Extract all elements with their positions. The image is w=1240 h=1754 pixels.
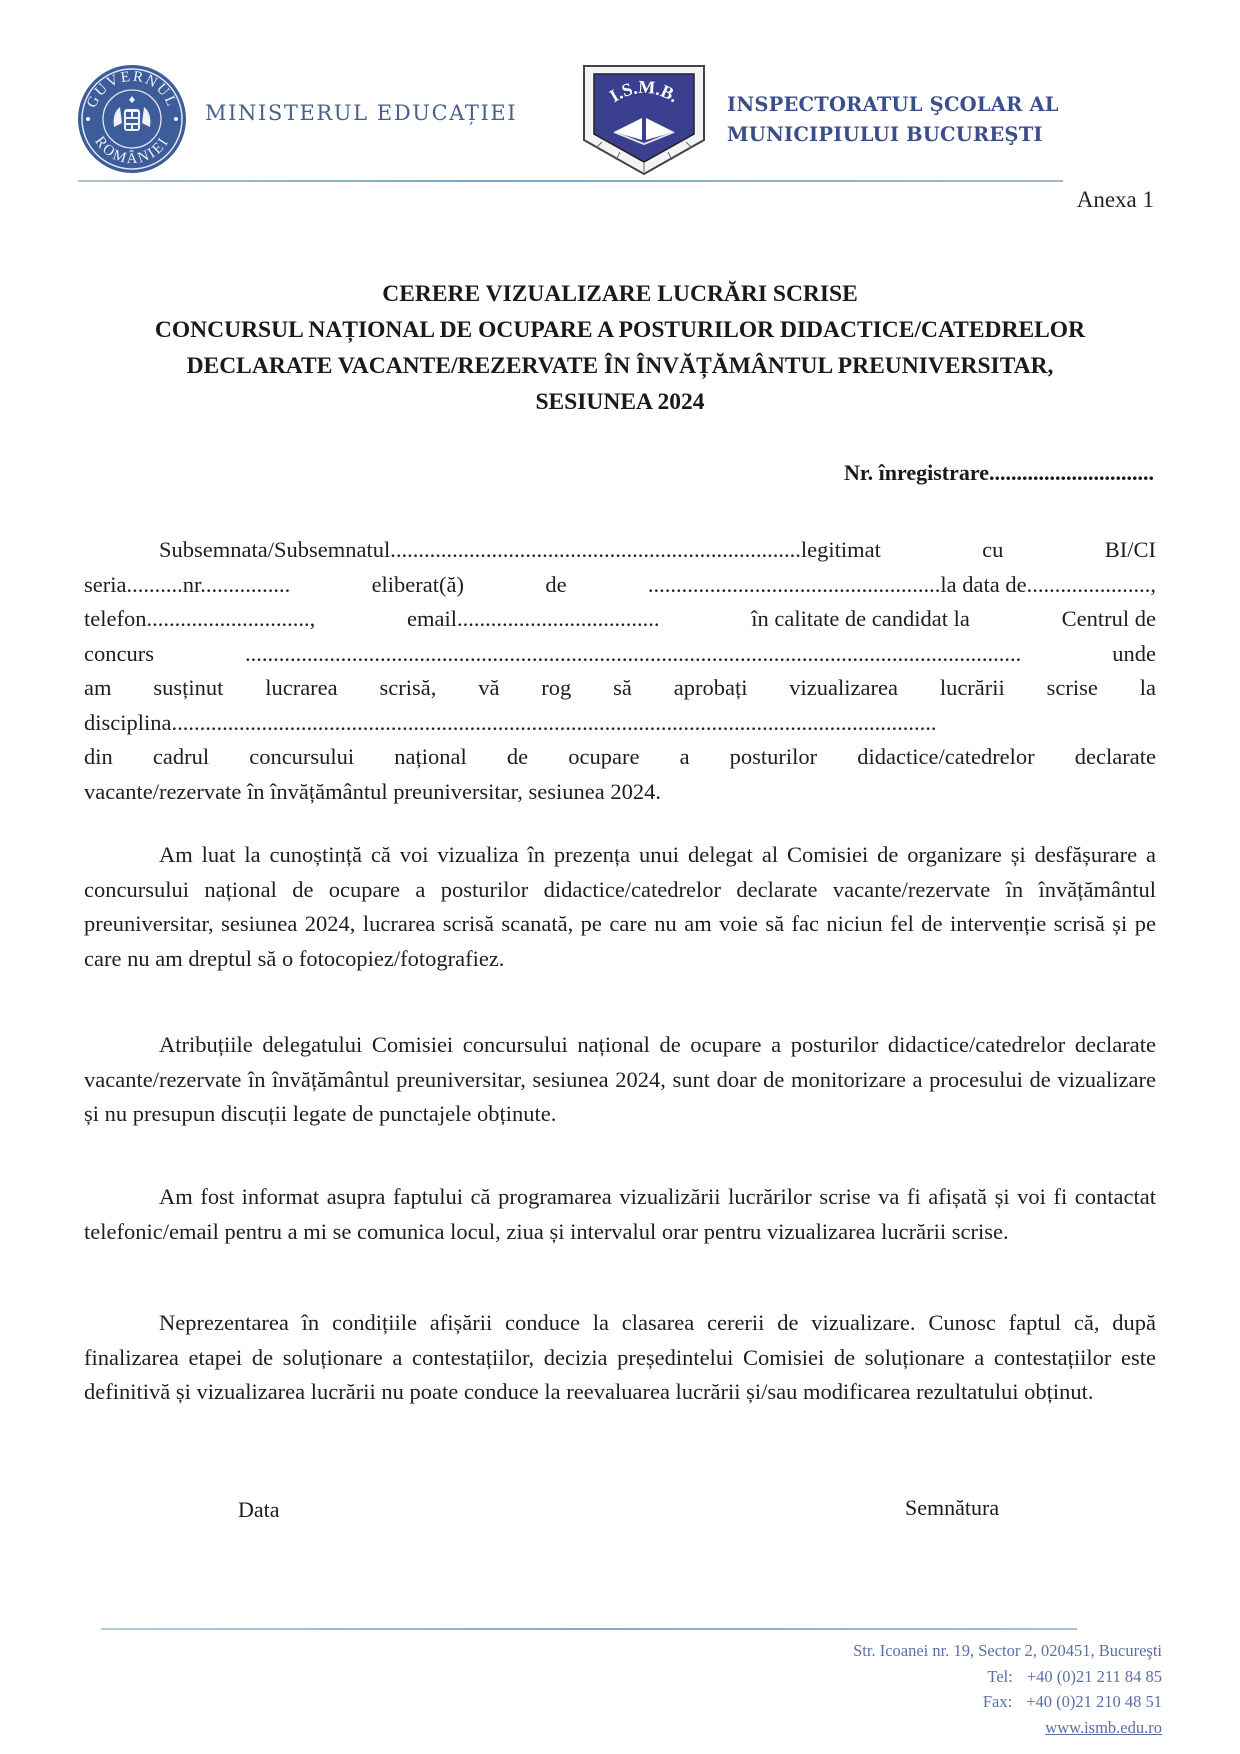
form-text: eliberat(ă) bbox=[372, 568, 464, 603]
form-word: posturilor bbox=[730, 740, 818, 775]
paragraph-text: Atribuțiile delegatului Comisiei concurs… bbox=[84, 1028, 1156, 1132]
paragraph-text: Am luat la cunoștință că voi vizualiza î… bbox=[84, 838, 1156, 976]
form-word: scrise bbox=[1047, 671, 1098, 706]
form-word: declarate bbox=[1075, 740, 1156, 775]
form-word: scrisă, bbox=[380, 671, 437, 706]
form-line-2[interactable]: seria..........nr................ eliber… bbox=[84, 568, 1156, 603]
declaration-paragraph-4: Neprezentarea în condițiile afișării con… bbox=[84, 1306, 1156, 1410]
phone-label: Tel: bbox=[987, 1664, 1012, 1690]
email-field[interactable]: email...................................… bbox=[407, 602, 659, 637]
registration-number-field[interactable]: Nr. înregistrare........................… bbox=[844, 460, 1154, 486]
form-word: național bbox=[394, 740, 466, 775]
form-word: ocupare bbox=[568, 740, 639, 775]
paragraph-text: Neprezentarea în condițiile afișării con… bbox=[84, 1306, 1156, 1410]
declaration-paragraph-1: Am luat la cunoștință că voi vizualiza î… bbox=[84, 838, 1156, 976]
ismb-shield-logo: I.S.M.B. bbox=[580, 62, 708, 177]
name-field[interactable]: Subsemnata/Subsemnatul..................… bbox=[159, 533, 881, 568]
exam-center-field[interactable]: ........................................… bbox=[245, 637, 1021, 672]
form-word: am bbox=[84, 671, 112, 706]
title-line-4: SESIUNEA 2024 bbox=[60, 384, 1180, 420]
form-word: din bbox=[84, 740, 113, 775]
form-text: concurs bbox=[84, 637, 154, 672]
title-line-1: CERERE VIZUALIZARE LUCRĂRI SCRISE bbox=[60, 276, 1180, 312]
form-word: susținut bbox=[153, 671, 223, 706]
form-word: concursului bbox=[249, 740, 354, 775]
header-divider bbox=[78, 180, 1063, 182]
registration-blank[interactable]: .............................. bbox=[989, 460, 1154, 485]
seal-icon: GUVERNUL ROMÂNIEI bbox=[76, 63, 188, 175]
phone-field[interactable]: telefon............................., bbox=[84, 602, 315, 637]
paragraph-text: Am fost informat asupra faptului că prog… bbox=[84, 1180, 1156, 1249]
form-text: de bbox=[545, 568, 566, 603]
form-text: cu bbox=[982, 533, 1003, 568]
form-text: în calitate de candidat la bbox=[751, 602, 970, 637]
document-title: CERERE VIZUALIZARE LUCRĂRI SCRISE CONCUR… bbox=[60, 276, 1180, 420]
title-line-3: DECLARATE VACANTE/REZERVATE ÎN ÎNVĂȚĂMÂN… bbox=[60, 348, 1180, 384]
form-line-8: vacante/rezervate în învățământul preuni… bbox=[84, 775, 1156, 810]
form-text: unde bbox=[1112, 637, 1156, 672]
ministry-name: MINISTERUL EDUCAȚIEI bbox=[205, 101, 517, 125]
declaration-paragraph-2: Atribuțiile delegatului Comisiei concurs… bbox=[84, 1028, 1156, 1132]
form-line-4[interactable]: concurs ................................… bbox=[84, 637, 1156, 672]
id-series-number-field[interactable]: seria..........nr................ bbox=[84, 568, 290, 603]
form-text: Centrul de bbox=[1062, 602, 1156, 637]
website-link[interactable]: www.ismb.edu.ro bbox=[1045, 1718, 1162, 1737]
form-word: aprobați bbox=[674, 671, 748, 706]
form-word: să bbox=[613, 671, 632, 706]
form-word: de bbox=[507, 740, 528, 775]
fax-label: Fax: bbox=[983, 1689, 1012, 1715]
issuer-date-field[interactable]: ........................................… bbox=[648, 568, 1156, 603]
title-line-2: CONCURSUL NAȚIONAL DE OCUPARE A POSTURIL… bbox=[60, 312, 1180, 348]
footer-address: Str. Icoanei nr. 19, Sector 2, 020451, B… bbox=[853, 1638, 1162, 1664]
footer-divider bbox=[101, 1628, 1077, 1630]
form-word: vă bbox=[478, 671, 499, 706]
fax-value: +40 (0)21 210 48 51 bbox=[1026, 1692, 1162, 1711]
registration-label: Nr. înregistrare bbox=[844, 460, 989, 485]
form-word: didactice/catedrelor bbox=[857, 740, 1034, 775]
applicant-details-paragraph: Subsemnata/Subsemnatul..................… bbox=[84, 533, 1156, 809]
inspectorate-name-line1: INSPECTORATUL ŞCOLAR AL bbox=[727, 90, 1059, 120]
inspectorate-name-line2: MUNICIPIULUI BUCUREŞTI bbox=[727, 120, 1059, 150]
form-line-7: din cadrul concursului național de ocupa… bbox=[84, 740, 1156, 775]
form-line-5: am susținut lucrarea scrisă, vă rog să a… bbox=[84, 671, 1156, 706]
government-seal-logo: GUVERNUL ROMÂNIEI bbox=[76, 63, 188, 175]
form-line-3[interactable]: telefon............................., em… bbox=[84, 602, 1156, 637]
form-text: BI/CI bbox=[1105, 533, 1156, 568]
inspectorate-name: INSPECTORATUL ŞCOLAR AL MUNICIPIULUI BUC… bbox=[727, 90, 1059, 150]
form-word: vizualizarea bbox=[789, 671, 898, 706]
signature-label: Semnătura bbox=[905, 1495, 999, 1521]
form-word: a bbox=[680, 740, 690, 775]
form-line-1[interactable]: Subsemnata/Subsemnatul..................… bbox=[84, 533, 1156, 568]
discipline-field[interactable]: disciplina..............................… bbox=[84, 706, 1156, 741]
date-label: Data bbox=[238, 1497, 280, 1523]
form-word: lucrării bbox=[940, 671, 1005, 706]
phone-value: +40 (0)21 211 84 85 bbox=[1027, 1667, 1162, 1686]
footer-phone: Tel:+40 (0)21 211 84 85 bbox=[853, 1664, 1162, 1690]
footer-contact-info: Str. Icoanei nr. 19, Sector 2, 020451, B… bbox=[853, 1638, 1162, 1740]
annex-label: Anexa 1 bbox=[1077, 187, 1154, 213]
shield-icon: I.S.M.B. bbox=[580, 62, 708, 177]
form-word: lucrarea bbox=[265, 671, 337, 706]
footer-fax: Fax:+40 (0)21 210 48 51 bbox=[853, 1689, 1162, 1715]
form-word: la bbox=[1140, 671, 1156, 706]
form-word: cadrul bbox=[153, 740, 209, 775]
declaration-paragraph-3: Am fost informat asupra faptului că prog… bbox=[84, 1180, 1156, 1249]
form-word: rog bbox=[541, 671, 571, 706]
